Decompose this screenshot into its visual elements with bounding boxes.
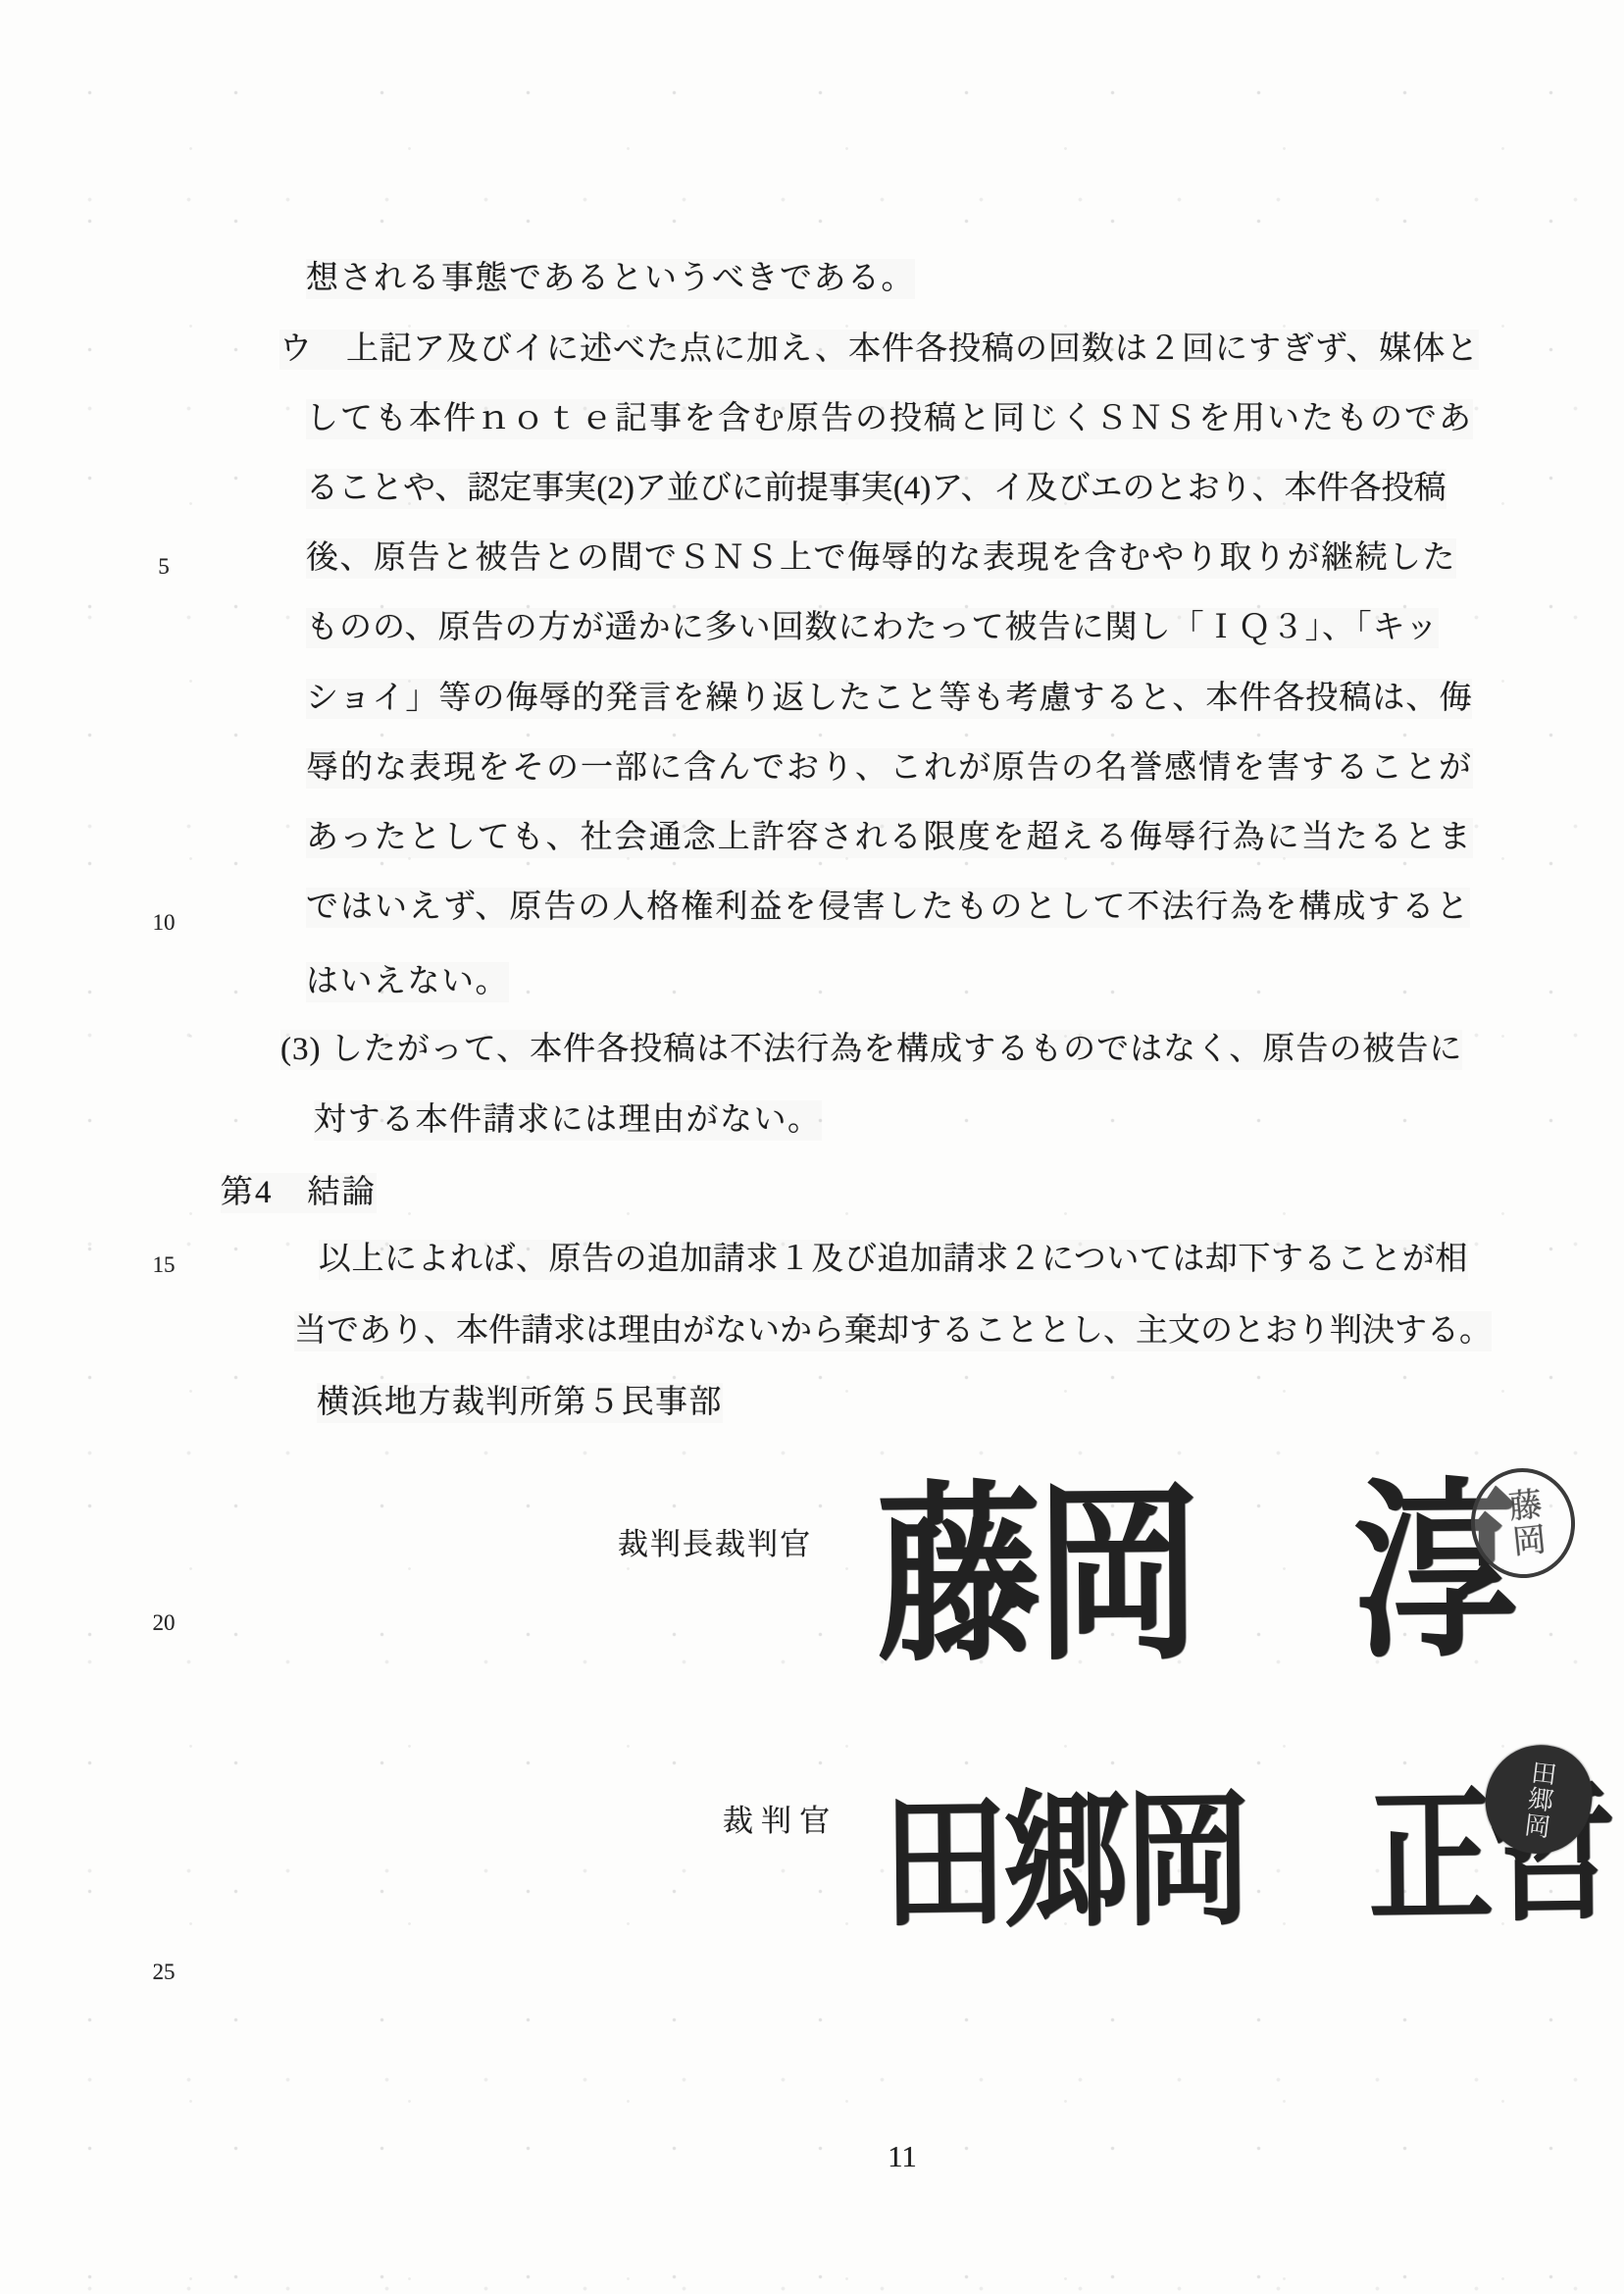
body-text-line: 対する本件請求には理由がない。 [314, 1100, 822, 1141]
margin-line-number-5: 5 [143, 554, 184, 580]
body-text-line: 後、原告と被告との間でＳＮＳ上で侮辱的な表現を含むやり取りが継続した [306, 538, 1456, 579]
body-text-line: 想される事態であるというべきである。 [306, 259, 915, 299]
judge-seal-text: 田郷岡 [1521, 1759, 1557, 1841]
body-text-line: ウ 上記ア及びイに述べた点に加え、本件各投稿の回数は２回にすぎず、媒体と [279, 330, 1479, 370]
body-text-line: 辱的な表現をその一部に含んでおり、これが原告の名誉感情を害することが [306, 748, 1473, 789]
body-text-line: ものの、原告の方が遥かに多い回数にわたって被告に関し「ＩＱ３」、「キッ [306, 608, 1439, 648]
presiding-judge-label: 裁判長裁判官 [618, 1519, 812, 1563]
margin-line-number-10: 10 [143, 910, 184, 936]
margin-line-number-15: 15 [143, 1252, 184, 1278]
page-number: 11 [863, 2139, 941, 2174]
body-text-line: ショイ」等の侮辱的発言を繰り返したこと等も考慮すると、本件各投稿は、侮 [306, 679, 1472, 719]
body-text-line: ることや、認定事実(2)ア並びに前提事実(4)ア、イ及びエのとおり、本件各投稿 [306, 469, 1446, 509]
section-heading-line: 第4 結論 [221, 1173, 377, 1213]
body-text-line: あったとしても、社会通念上許容される限度を超える侮辱行為に当たるとま [306, 818, 1473, 858]
body-text-line: (3) したがって、本件各投稿は不法行為を構成するものではなく、原告の被告に [280, 1030, 1462, 1070]
judge-label: 裁判官 [723, 1796, 837, 1840]
body-text-line: しても本件ｎｏｔｅ記事を含む原告の投稿と同じくＳＮＳを用いたものであ [306, 399, 1473, 439]
body-text-line: はいえない。 [306, 962, 509, 1002]
body-text-line: ではいえず、原告の人格権利益を侵害したものとして不法行為を構成すると [306, 888, 1470, 928]
body-text-line: 当であり、本件請求は理由がないから棄却することとし、主文のとおり判決する。 [294, 1311, 1492, 1351]
body-text-line: 以上によれば、原告の追加請求１及び追加請求２については却下することが相 [319, 1240, 1468, 1280]
presiding-judge-seal-text: 藤岡 [1502, 1486, 1543, 1559]
margin-line-number-25: 25 [143, 1960, 184, 1985]
margin-line-number-20: 20 [143, 1610, 184, 1636]
court-division-line: 横浜地方裁判所第５民事部 [317, 1383, 723, 1423]
judgment-scan-page: 5 10 15 20 25 想される事態であるというべきである。 ウ 上記ア及び… [0, 0, 1624, 2294]
presiding-judge-signature: 藤岡 淳 [876, 1419, 1513, 1699]
